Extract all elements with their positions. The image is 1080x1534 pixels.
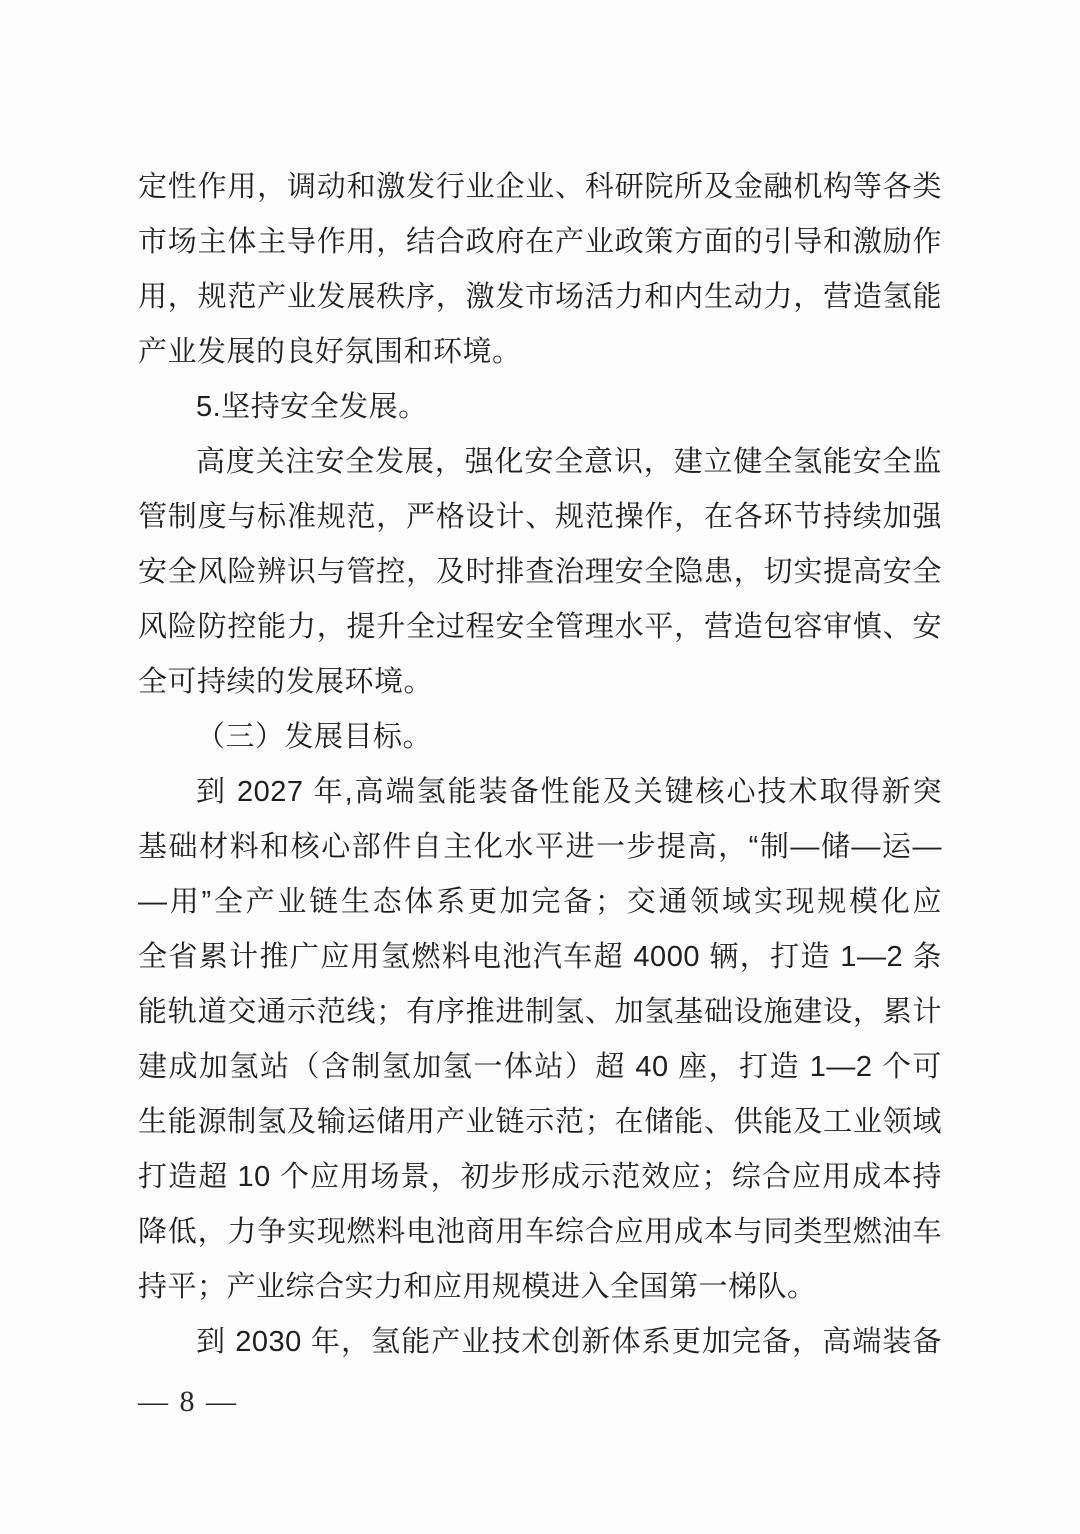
text-line: 用，规范产业发展秩序，激发市场活力和内生动力，营造氢能: [138, 270, 942, 325]
text-line: 安全风险辨识与管控，及时排查治理安全隐患，切实提高安全: [138, 545, 942, 600]
text-line: 5.坚持安全发展。: [138, 380, 942, 435]
page-number: — 8 —: [138, 1382, 238, 1422]
text-line: 全可持续的发展环境。: [138, 655, 942, 710]
text-line: （三）发展目标。: [138, 710, 942, 765]
text-line: 到 2027 年,高端氢能装备性能及关键核心技术取得新突破，: [138, 765, 942, 820]
paragraph: 到 2030 年，氢能产业技术创新体系更加完备，高端装备实: [138, 1315, 942, 1370]
text-line: 到 2030 年，氢能产业技术创新体系更加完备，高端装备实: [138, 1315, 942, 1370]
paragraph: 到 2027 年,高端氢能装备性能及关键核心技术取得新突破，基础材料和核心部件自…: [138, 765, 942, 1315]
text-line: 市场主体主导作用，结合政府在产业政策方面的引导和激励作: [138, 215, 942, 270]
text-line: 打造超 10 个应用场景，初步形成示范效应；综合应用成本持续: [138, 1150, 942, 1205]
text-line: 建成加氢站（含制氢加氢一体站）超 40 座，打造 1—2 个可再: [138, 1040, 942, 1095]
text-line: 风险防控能力，提升全过程安全管理水平，营造包容审慎、安: [138, 600, 942, 655]
text-line: 持平；产业综合实力和应用规模进入全国第一梯队。: [138, 1260, 942, 1315]
paragraph: 定性作用，调动和激发行业企业、科研院所及金融机构等各类市场主体主导作用，结合政府…: [138, 160, 942, 380]
text-line: 生能源制氢及输运储用产业链示范；在储能、供能及工业领域: [138, 1095, 942, 1150]
document-page: 定性作用，调动和激发行业企业、科研院所及金融机构等各类市场主体主导作用，结合政府…: [0, 0, 1080, 1534]
text-line: 能轨道交通示范线；有序推进制氢、加氢基础设施建设，累计: [138, 985, 942, 1040]
text-line: 全省累计推广应用氢燃料电池汽车超 4000 辆，打造 1—2 条氢: [138, 930, 942, 985]
text-line: 管制度与标准规范，严格设计、规范操作，在各环节持续加强: [138, 490, 942, 545]
text-line: —用”全产业链生态体系更加完备；交通领域实现规模化应用，: [138, 875, 942, 930]
paragraph: （三）发展目标。: [138, 710, 942, 765]
text-line: 定性作用，调动和激发行业企业、科研院所及金融机构等各类: [138, 160, 942, 215]
paragraph: 高度关注安全发展，强化安全意识，建立健全氢能安全监管制度与标准规范，严格设计、规…: [138, 435, 942, 710]
text-line: 降低，力争实现燃料电池商用车综合应用成本与同类型燃油车: [138, 1205, 942, 1260]
text-line: 产业发展的良好氛围和环境。: [138, 325, 942, 380]
text-line: 高度关注安全发展，强化安全意识，建立健全氢能安全监: [138, 435, 942, 490]
document-body: 定性作用，调动和激发行业企业、科研院所及金融机构等各类市场主体主导作用，结合政府…: [138, 160, 942, 1370]
paragraph: 5.坚持安全发展。: [138, 380, 942, 435]
text-line: 基础材料和核心部件自主化水平进一步提高，“制—储—运—加: [138, 820, 942, 875]
